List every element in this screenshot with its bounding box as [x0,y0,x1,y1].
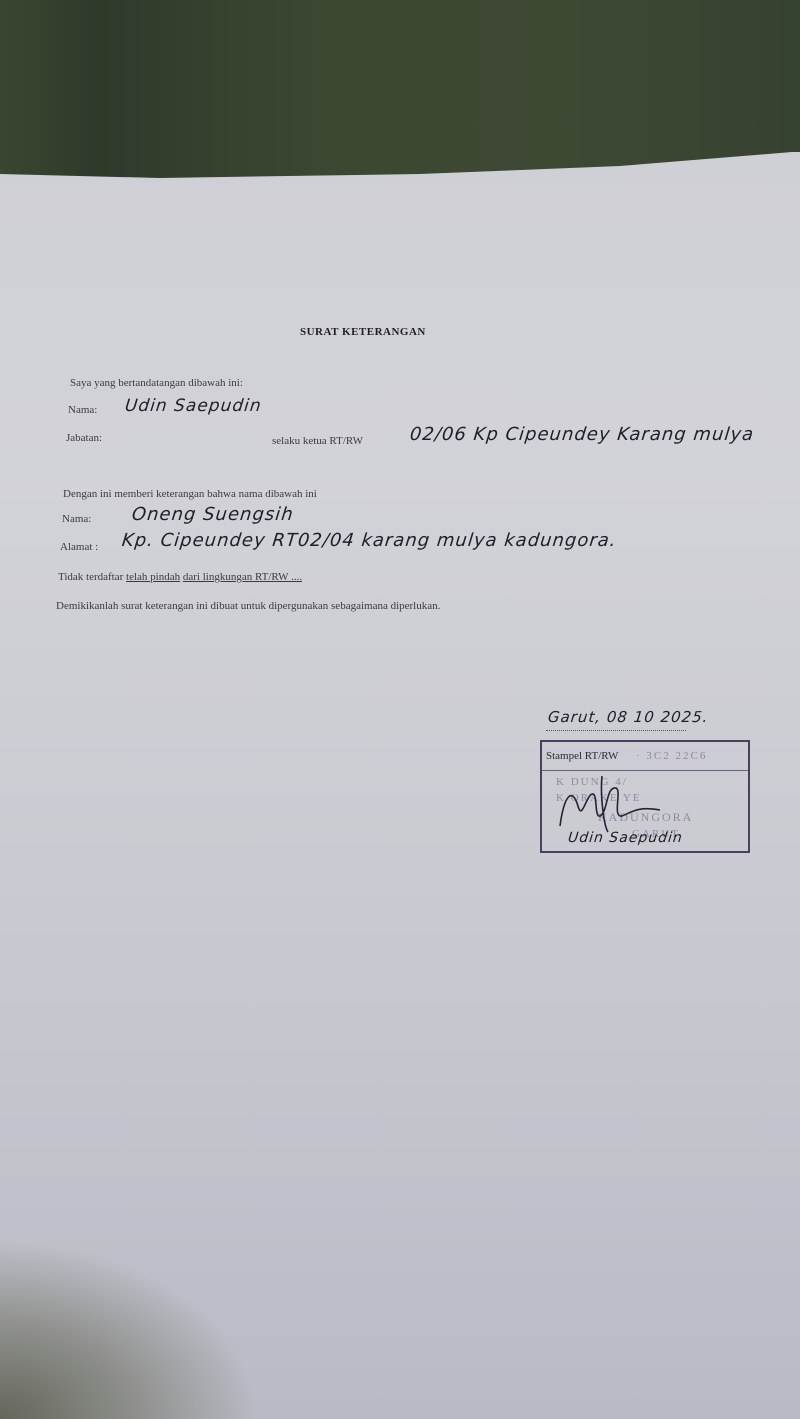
signature-name-handwritten: Udin Saepudin [567,830,684,846]
stamp-label: Stampel RT/RW [546,750,618,762]
stamp-number: · 3C2 22C6 [636,750,707,762]
subject-name-label: Nama: [62,513,91,525]
subject-address-label: Alamat : [60,541,98,553]
statement-text: Dengan ini memberi keterangan bahwa nama… [63,488,317,500]
place-date-dotted-line [546,730,686,731]
signer-name-handwritten: Udin Saepudin [124,396,263,416]
stamp-box: Stampel RT/RW · 3C2 22C6 K DUNG 4/ K ORA… [540,740,750,853]
status-line: Tidak terdaftar telah pindah dari lingku… [58,571,302,583]
document-title: SURAT KETERANGAN [300,326,426,338]
signer-position-handwritten: 02/06 Kp Cipeundey Karang mulya [409,424,755,445]
intro-text: Saya yang bertandatangan dibawah ini: [70,377,243,389]
subject-address-handwritten: Kp. Cipeundey RT02/04 karang mulya kadun… [121,530,618,551]
status-from-rtrw: dari lingkungan RT/RW .... [183,571,302,583]
place-date-handwritten: Garut, 08 10 2025. [547,708,709,726]
status-moved-struck: telah pindah [126,571,180,583]
closing-text: Demikikanlah surat keterangan ini dibuat… [56,600,440,612]
signer-name-label: Nama: [68,404,97,416]
signer-position-label: Jabatan: [66,432,102,444]
hand-shadow [0,1240,260,1419]
signer-position-text: selaku ketua RT/RW [272,435,363,447]
subject-name-handwritten: Oneng Suengsih [131,504,295,525]
status-not-registered: Tidak terdaftar [58,571,123,583]
